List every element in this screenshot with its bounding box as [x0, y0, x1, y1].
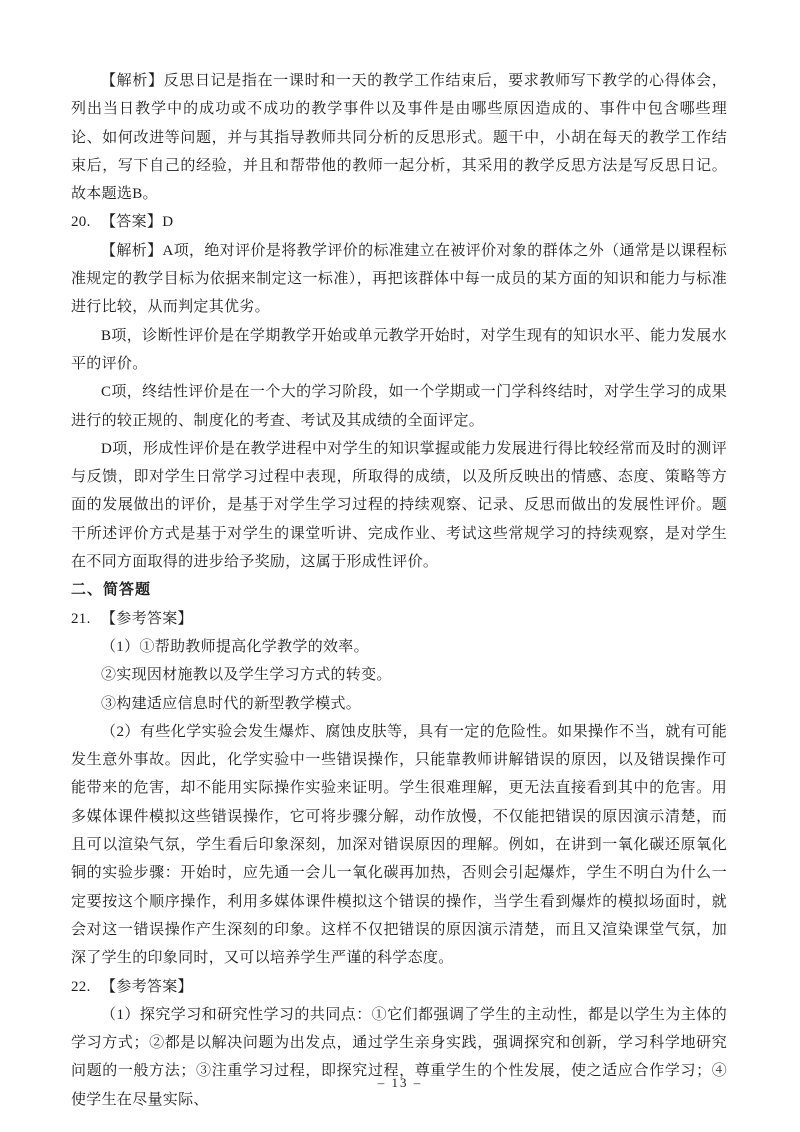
numbered-item: 21.【参考答案】	[71, 605, 727, 633]
body-paragraph: （1）①帮助教师提高化学教学的效率。	[71, 633, 727, 661]
item-text: 【参考答案】	[101, 611, 193, 627]
page-content: 【解析】反思日记是指在一课时和一天的教学工作结束后，要求教师写下教学的心得体会，…	[71, 67, 727, 1114]
section-heading: 二、简答题	[71, 576, 727, 604]
body-paragraph: B项，诊断性评价是在学期教学开始或单元教学开始时，对学生现有的知识水平、能力发展…	[71, 322, 727, 379]
body-paragraph: （1）探究学习和研究性学习的共同点：①它们都强调了学生的主动性，都是以学生为主体…	[71, 1001, 727, 1114]
item-text: 【参考答案】	[101, 979, 193, 995]
body-paragraph: 【解析】A项，绝对评价是将教学评价的标准建立在被评价对象的群体之外（通常是以课程…	[71, 237, 727, 322]
body-paragraph: 【解析】反思日记是指在一课时和一天的教学工作结束后，要求教师写下教学的心得体会，…	[71, 67, 727, 208]
numbered-item: 22.【参考答案】	[71, 973, 727, 1001]
page-footer: – 13 –	[0, 1075, 800, 1091]
item-number: 20.	[71, 208, 101, 236]
body-paragraph: C项，终结性评价是在一个大的学习阶段，如一个学期或一门学科终结时，对学生学习的成…	[71, 378, 727, 435]
document-page: 【解析】反思日记是指在一课时和一天的教学工作结束后，要求教师写下教学的心得体会，…	[0, 0, 800, 1132]
body-paragraph: ③构建适应信息时代的新型教学模式。	[71, 690, 727, 718]
item-number: 21.	[71, 605, 101, 633]
numbered-item: 20.【答案】D	[71, 208, 727, 236]
item-number: 22.	[71, 973, 101, 1001]
body-paragraph: D项，形成性评价是在教学进程中对学生的知识掌握或能力发展进行得比较经常而及时的测…	[71, 435, 727, 576]
item-text: 【答案】D	[101, 214, 173, 230]
page-number: – 13 –	[378, 1075, 423, 1090]
body-paragraph: （2）有些化学实验会发生爆炸、腐蚀皮肤等，具有一定的危险性。如果操作不当，就有可…	[71, 718, 727, 973]
body-paragraph: ②实现因材施教以及学生学习方式的转变。	[71, 661, 727, 689]
